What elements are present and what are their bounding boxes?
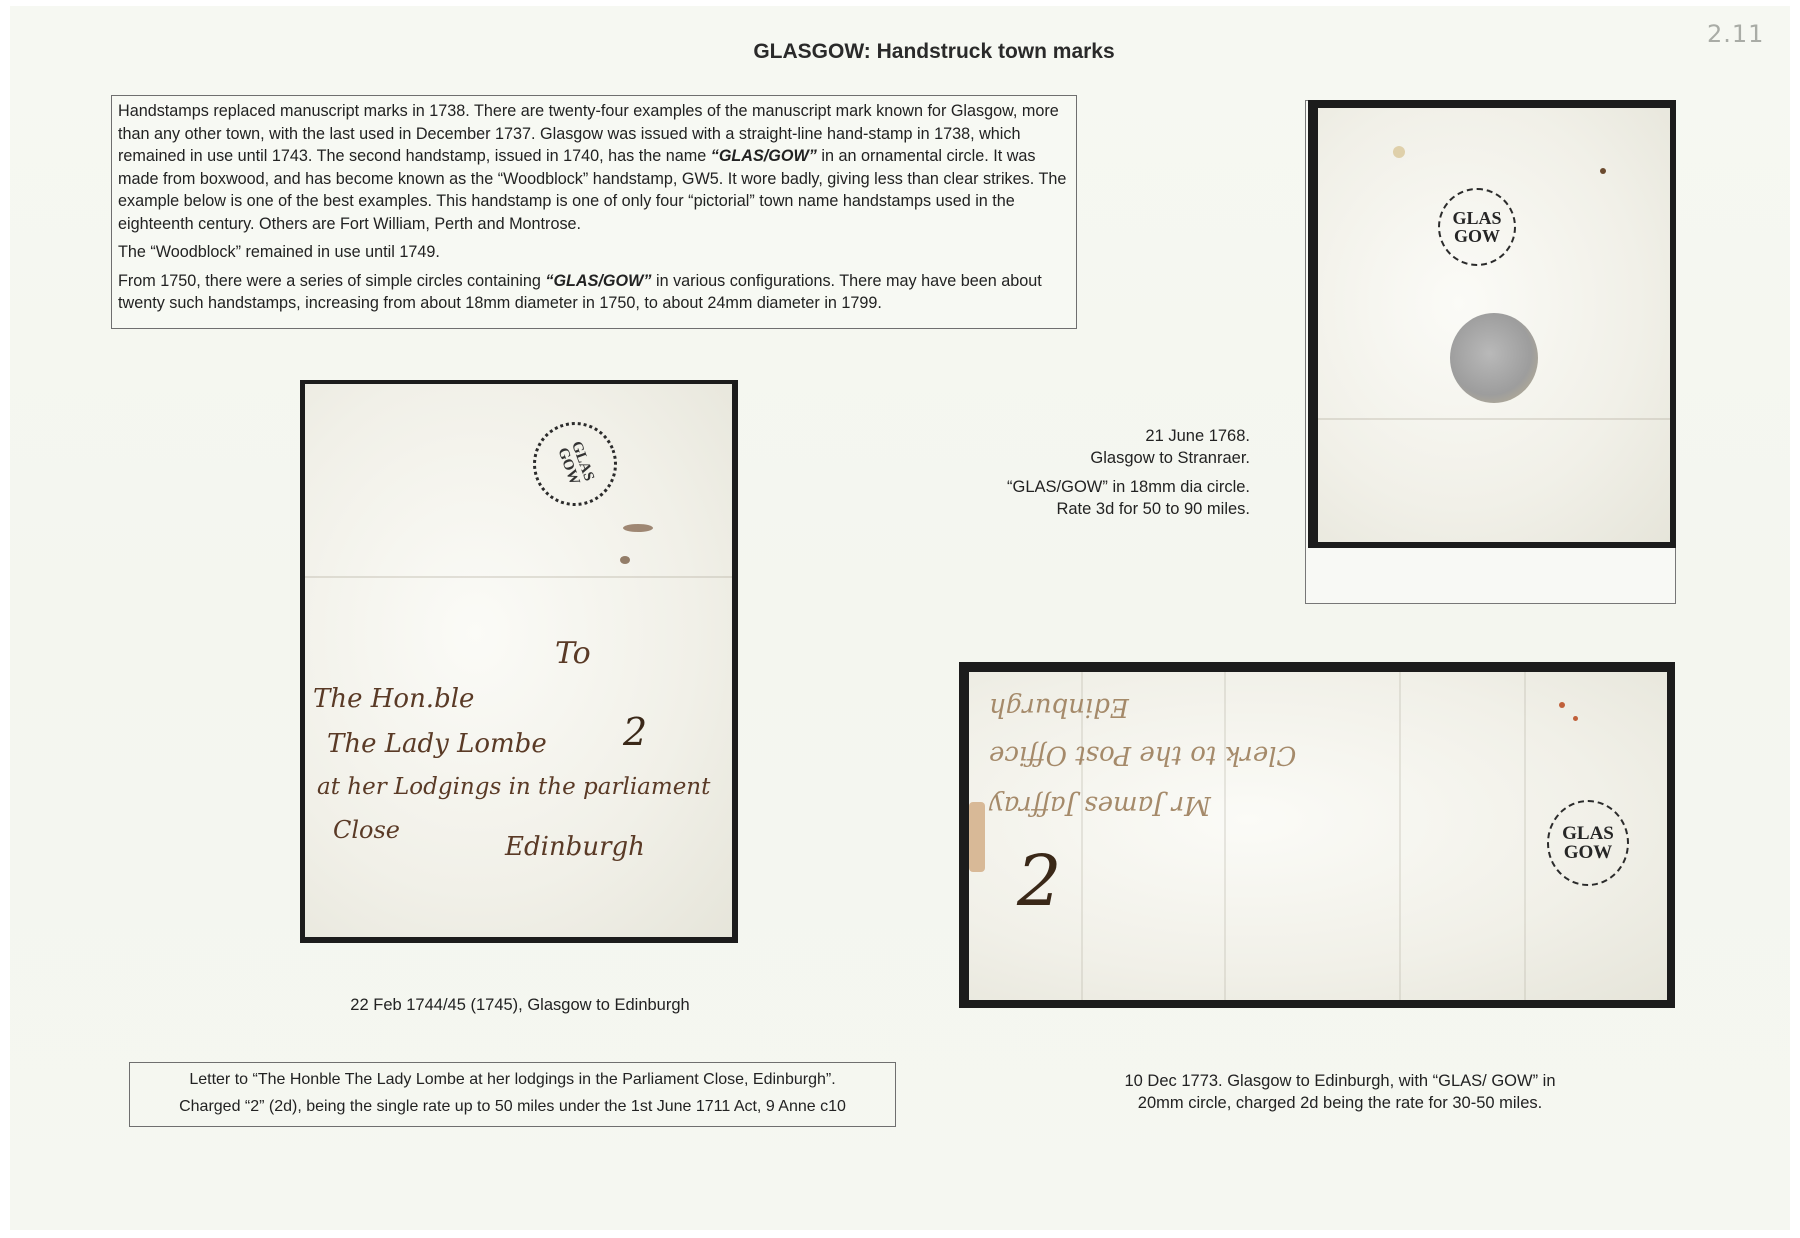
intro-paragraph-1: Handstamps replaced manuscript marks in …	[118, 100, 1070, 235]
letter-notes-box: Letter to “The Honble The Lady Lombe at …	[129, 1062, 896, 1127]
glasgow-mark-name: “GLAS/GOW”	[711, 147, 817, 165]
fold-line	[305, 576, 732, 578]
letter-1768-mount: GLAS GOW	[1308, 100, 1676, 548]
fold-line	[1224, 672, 1226, 1000]
notes-line-2: Charged “2” (2d), being the single rate …	[130, 1093, 895, 1120]
notes-line-1: Letter to “The Honble The Lady Lombe at …	[130, 1066, 895, 1093]
address-line: Close	[333, 816, 400, 844]
stain	[1600, 168, 1606, 174]
letter-1745-caption: 22 Feb 1744/45 (1745), Glasgow to Edinbu…	[300, 994, 740, 1016]
letter-1768-image: GLAS GOW	[1318, 108, 1670, 542]
letter-1745-mount: GLAS GOW To The Hon.ble The Lady Lombe a…	[300, 380, 738, 943]
rate-mark: 2	[623, 710, 647, 754]
page-number: 2.11	[1707, 20, 1764, 48]
inverted-address-line: Clerk to the Post Office	[989, 740, 1296, 770]
ink-blot	[623, 524, 653, 532]
address-line: The Hon.ble	[313, 684, 474, 714]
glasgow-circle-handstamp-icon: GLAS GOW	[1547, 800, 1629, 886]
rate-mark: 2	[1017, 840, 1062, 922]
intro-paragraph-3: From 1750, there were a series of simple…	[118, 270, 1070, 315]
page-title: GLASGOW: Handstruck town marks	[0, 40, 1800, 64]
stain	[1393, 146, 1405, 158]
inverted-address-line: Mr James Jaffray	[989, 790, 1211, 820]
woodblock-handstamp-icon: GLAS GOW	[521, 410, 629, 518]
letter-1773-caption: 10 Dec 1773. Glasgow to Edinburgh, with …	[1040, 1070, 1640, 1114]
intro-text-box: Handstamps replaced manuscript marks in …	[111, 95, 1077, 329]
letter-1768-caption: 21 June 1768. Glasgow to Stranraer. “GLA…	[930, 425, 1250, 520]
letter-1773-image: Edinburgh Clerk to the Post Office Mr Ja…	[969, 672, 1667, 1000]
glasgow-circle-handstamp-icon: GLAS GOW	[1438, 188, 1516, 266]
address-line: The Lady Lombe	[327, 729, 547, 759]
fold-line	[1399, 672, 1401, 1000]
letter-1745-image: GLAS GOW To The Hon.ble The Lady Lombe a…	[305, 384, 732, 937]
address-line: To	[555, 636, 591, 671]
stain	[1559, 702, 1565, 708]
fold-line	[1524, 672, 1526, 1000]
intro-paragraph-2: The “Woodblock” remained in use until 17…	[118, 241, 1070, 264]
ink-blot	[620, 556, 630, 564]
stain	[969, 802, 985, 872]
glasgow-mark-name: “GLAS/GOW”	[545, 272, 651, 290]
letter-1773-mount: Edinburgh Clerk to the Post Office Mr Ja…	[959, 662, 1675, 1008]
address-line: at her Lodgings in the parliament	[317, 774, 710, 800]
stain	[1573, 716, 1578, 721]
wax-seal	[1450, 313, 1538, 403]
inverted-address-line: Edinburgh	[989, 692, 1129, 722]
fold-line	[1318, 418, 1670, 420]
address-line: Edinburgh	[505, 832, 645, 862]
